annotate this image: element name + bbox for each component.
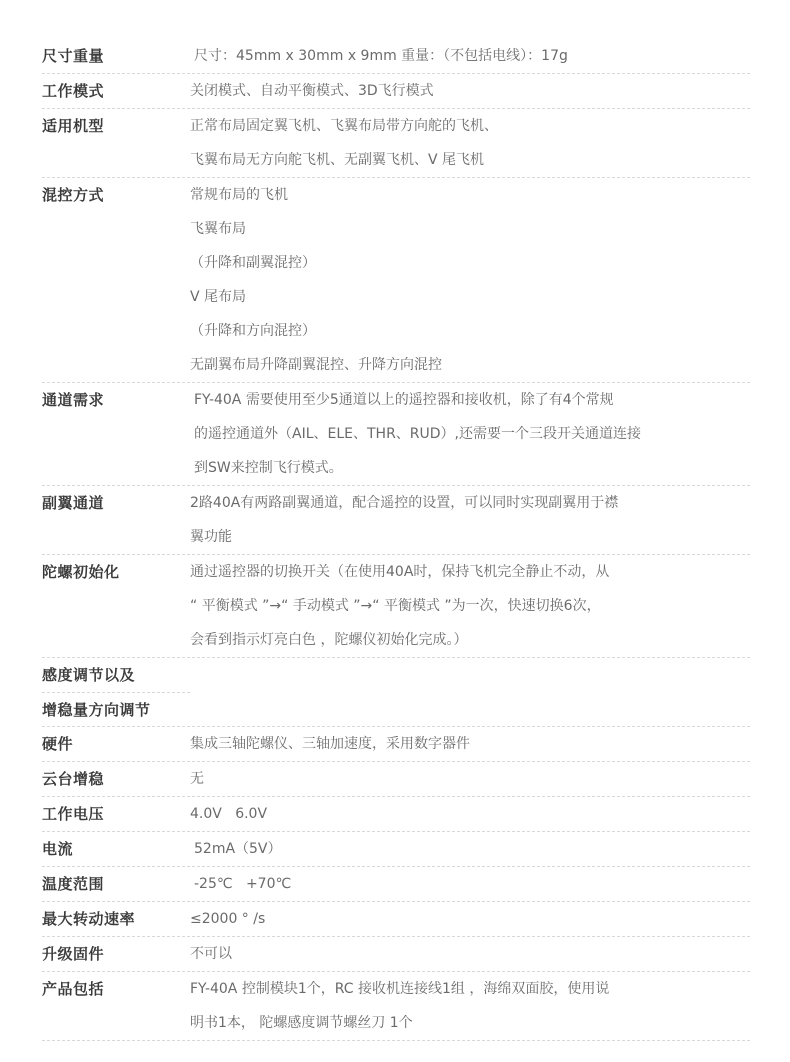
spec-value: 关闭模式、自动平衡模式、3D飞行模式 [190, 74, 750, 108]
spec-label-text: 硬件 [42, 727, 190, 761]
spec-value-text: 关闭模式、自动平衡模式、3D飞行模式 [190, 74, 750, 108]
spec-label-text: 电流 [42, 832, 190, 866]
spec-value-text: FY-40A 需要使用至少5通道以上的遥控器和接收机，除了有4个常规 [194, 383, 750, 417]
spec-label-text: 增稳量方向调节 [42, 692, 190, 726]
spec-label-text: 通道需求 [42, 383, 190, 417]
spec-label: 硬件 [42, 727, 190, 761]
spec-table: 尺寸重量 尺寸：45mm x 30mm x 9mm 重量：（不包括电线）：17g… [42, 39, 750, 1041]
spec-value-text: 尺寸：45mm x 30mm x 9mm 重量：（不包括电线）：17g [194, 39, 750, 73]
spec-label-text: 副翼通道 [42, 486, 190, 520]
spec-value-text: （升降和方向混控） [190, 314, 750, 348]
spec-label: 升级固件 [42, 937, 190, 971]
spec-label-text: 工作电压 [42, 797, 190, 831]
spec-value-text: 飞翼布局 [190, 212, 750, 246]
spec-value-text: 明书1本， 陀螺感度调节螺丝刀 1个 [190, 1006, 750, 1040]
spec-value-text: ≤2000 ° /s [190, 902, 750, 936]
spec-label: 温度范围 [42, 867, 190, 901]
spec-label: 感度调节以及 增稳量方向调节 [42, 658, 190, 726]
spec-label: 产品包括 [42, 972, 190, 1040]
spec-label-text: 温度范围 [42, 867, 190, 901]
spec-value-text: FY-40A 控制模块1个，RC 接收机连接线1组 ，海绵双面胶，使用说 [190, 972, 750, 1006]
spec-row-channel-requirements: 通道需求 FY-40A 需要使用至少5通道以上的遥控器和接收机，除了有4个常规 … [42, 383, 750, 486]
spec-value-text: 翼功能 [190, 520, 750, 554]
spec-label: 电流 [42, 832, 190, 866]
spec-label: 尺寸重量 [42, 39, 190, 73]
spec-value-text: 52mA（5V） [194, 832, 750, 866]
spec-label-text: 云台增稳 [42, 762, 190, 796]
spec-row-size-weight: 尺寸重量 尺寸：45mm x 30mm x 9mm 重量：（不包括电线）：17g [42, 39, 750, 74]
spec-value-text: “ 平衡模式 ”→“ 手动模式 ”→“ 平衡模式 ”为一次，快速切换6次， [190, 589, 750, 623]
spec-row-firmware-upgrade: 升级固件 不可以 [42, 937, 750, 972]
spec-value-text: -25℃ +70℃ [194, 867, 750, 901]
spec-label: 最大转动速率 [42, 902, 190, 936]
spec-row-max-rotation-rate: 最大转动速率 ≤2000 ° /s [42, 902, 750, 937]
spec-label-text: 陀螺初始化 [42, 555, 190, 589]
spec-row-mixing-mode: 混控方式 常规布局的飞机 飞翼布局 （升降和副翼混控） V 尾布局 （升降和方向… [42, 178, 750, 383]
spec-label-text: 混控方式 [42, 178, 190, 212]
spec-label-text: 适用机型 [42, 109, 190, 143]
spec-row-gimbal-stabilization: 云台增稳 无 [42, 762, 750, 797]
spec-value-text [190, 692, 750, 726]
spec-row-hardware: 硬件 集成三轴陀螺仪、三轴加速度，采用数字器件 [42, 727, 750, 762]
spec-row-aileron-channel: 副翼通道 2路40A有两路副翼通道，配合遥控的设置，可以同时实现副翼用于襟 翼功… [42, 486, 750, 555]
spec-label: 副翼通道 [42, 486, 190, 554]
spec-label: 工作电压 [42, 797, 190, 831]
spec-value: 常规布局的飞机 飞翼布局 （升降和副翼混控） V 尾布局 （升降和方向混控） 无… [190, 178, 750, 382]
spec-value: 集成三轴陀螺仪、三轴加速度，采用数字器件 [190, 727, 750, 761]
spec-label: 通道需求 [42, 383, 190, 485]
spec-value-text: 不可以 [190, 937, 750, 971]
spec-value-text: 会看到指示灯亮白色 ，陀螺仪初始化完成。） [190, 623, 750, 657]
spec-value: ≤2000 ° /s [190, 902, 750, 936]
spec-value [190, 658, 750, 726]
spec-label-text: 尺寸重量 [42, 39, 190, 73]
spec-label: 混控方式 [42, 178, 190, 382]
spec-value-text: 2路40A有两路副翼通道，配合遥控的设置，可以同时实现副翼用于襟 [190, 486, 750, 520]
spec-value-text: 到SW来控制飞行模式。 [194, 451, 750, 485]
spec-label-text: 升级固件 [42, 937, 190, 971]
spec-row-package-contents: 产品包括 FY-40A 控制模块1个，RC 接收机连接线1组 ，海绵双面胶，使用… [42, 972, 750, 1041]
spec-label: 适用机型 [42, 109, 190, 177]
spec-row-sensitivity-adjustment: 感度调节以及 增稳量方向调节 [42, 658, 750, 727]
spec-value: 通过遥控器的切换开关（在使用40A时，保持飞机完全静止不动，从 “ 平衡模式 ”… [190, 555, 750, 657]
spec-value: -25℃ +70℃ [190, 867, 750, 901]
spec-value-text [190, 658, 750, 692]
spec-value-text: 的遥控通道外（AIL、ELE、THR、RUD）,还需要一个三段开关通道连接 [194, 417, 750, 451]
spec-row-operating-voltage: 工作电压 4.0V 6.0V [42, 797, 750, 832]
spec-value: 2路40A有两路副翼通道，配合遥控的设置，可以同时实现副翼用于襟 翼功能 [190, 486, 750, 554]
spec-value-text: 无副翼布局升降副翼混控、升降方向混控 [190, 348, 750, 382]
spec-value: 正常布局固定翼飞机、飞翼布局带方向舵的飞机、 飞翼布局无方向舵飞机、无副翼飞机、… [190, 109, 750, 177]
spec-label: 云台增稳 [42, 762, 190, 796]
spec-value-text: 无 [190, 762, 750, 796]
spec-row-temperature-range: 温度范围 -25℃ +70℃ [42, 867, 750, 902]
spec-row-gyro-init: 陀螺初始化 通过遥控器的切换开关（在使用40A时，保持飞机完全静止不动，从 “ … [42, 555, 750, 658]
spec-value: 尺寸：45mm x 30mm x 9mm 重量：（不包括电线）：17g [190, 39, 750, 73]
spec-label-text: 感度调节以及 [42, 658, 190, 692]
spec-label-text: 产品包括 [42, 972, 190, 1006]
spec-value: 4.0V 6.0V [190, 797, 750, 831]
spec-label-text: 最大转动速率 [42, 902, 190, 936]
spec-value: FY-40A 控制模块1个，RC 接收机连接线1组 ，海绵双面胶，使用说 明书1… [190, 972, 750, 1040]
spec-value-text: 飞翼布局无方向舵飞机、无副翼飞机、V 尾飞机 [190, 143, 750, 177]
spec-value-text: 4.0V 6.0V [190, 797, 750, 831]
spec-value: FY-40A 需要使用至少5通道以上的遥控器和接收机，除了有4个常规 的遥控通道… [190, 383, 750, 485]
spec-label-text: 工作模式 [42, 74, 190, 108]
spec-value-text: 通过遥控器的切换开关（在使用40A时，保持飞机完全静止不动，从 [190, 555, 750, 589]
spec-row-aircraft-types: 适用机型 正常布局固定翼飞机、飞翼布局带方向舵的飞机、 飞翼布局无方向舵飞机、无… [42, 109, 750, 178]
spec-value: 52mA（5V） [190, 832, 750, 866]
spec-value-text: 常规布局的飞机 [190, 178, 750, 212]
spec-label: 陀螺初始化 [42, 555, 190, 657]
spec-value: 无 [190, 762, 750, 796]
spec-row-work-mode: 工作模式 关闭模式、自动平衡模式、3D飞行模式 [42, 74, 750, 109]
spec-value: 不可以 [190, 937, 750, 971]
spec-label: 工作模式 [42, 74, 190, 108]
spec-value-text: 集成三轴陀螺仪、三轴加速度，采用数字器件 [190, 727, 750, 761]
spec-value-text: 正常布局固定翼飞机、飞翼布局带方向舵的飞机、 [190, 109, 750, 143]
spec-value-text: V 尾布局 [190, 280, 750, 314]
spec-value-text: （升降和副翼混控） [190, 246, 750, 280]
spec-row-current: 电流 52mA（5V） [42, 832, 750, 867]
